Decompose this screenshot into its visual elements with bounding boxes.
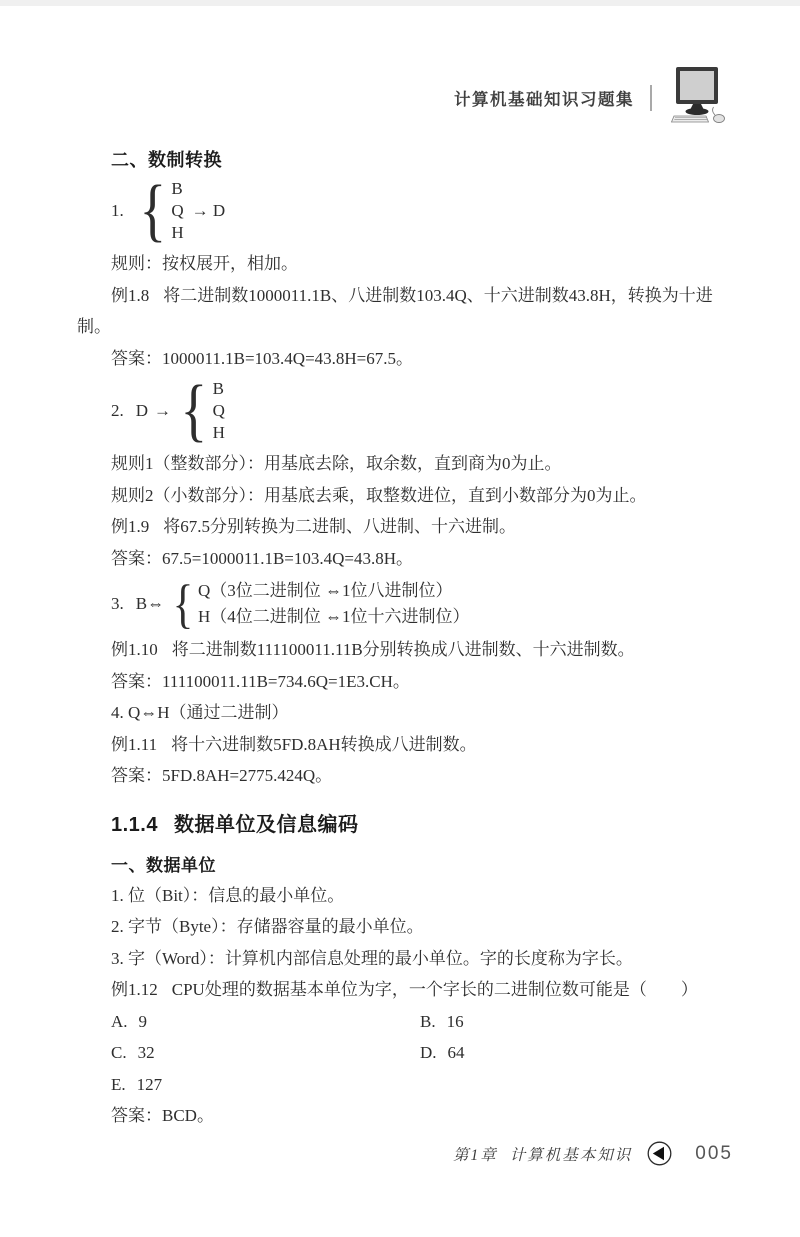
base-binary: B: [213, 378, 225, 400]
example-label: 例1.9: [111, 517, 149, 536]
definition-word: 3. 字（Word）：计算机内部信息处理的最小单位。字的长度称为字长。: [77, 943, 723, 975]
base-octal: Q: [213, 400, 225, 422]
base-binary: B: [171, 178, 183, 200]
left-brace: {: [139, 179, 166, 243]
chapter-number: 第1章: [453, 1147, 498, 1164]
page-number: 005: [695, 1143, 733, 1165]
example-1-9: 例1.9将67.5分别转换为二进制、八进制、十六进制。: [77, 511, 723, 543]
answer-1-9: 答案：67.5=1000011.1B=103.4Q=43.8H。: [77, 543, 723, 575]
option-label: D.: [420, 1043, 437, 1062]
section-heading-1-1-4: 1.1.4数据单位及信息编码: [111, 808, 723, 837]
page-top-strip: [0, 0, 800, 6]
rule2-line: 规则2（小数部分）：用基底去乘，取整数进位，直到小数部分为0为止。: [77, 480, 723, 512]
example-label: 例1.11: [111, 735, 157, 754]
definition-bit: 1. 位（Bit）：信息的最小单位。: [77, 880, 723, 912]
option-label: E.: [111, 1075, 126, 1094]
page-footer: 第1章计算机基本知识 005: [453, 1140, 733, 1167]
example-text: 将67.5分别转换为二进制、八进制、十六进制。: [163, 517, 516, 536]
option-d: D.64: [420, 1037, 723, 1069]
answer-1-11: 答案：5FD.8AH=2775.424Q。: [77, 760, 723, 792]
definition-byte: 2. 字节（Byte）：存储器容量的最小单位。: [77, 911, 723, 943]
item-4-q-h: 4. Q⇔H（通过二进制）: [77, 697, 723, 729]
hex-equivalence: H（4位二进制位 ⇔1位十六进制位）: [198, 604, 470, 630]
header-divider: [650, 85, 652, 111]
option-a: A.9: [111, 1006, 420, 1038]
computer-icon: [668, 66, 728, 129]
option-value: 32: [138, 1043, 155, 1062]
example-text: 将二进制数1000011.1B、八进制数103.4Q、十六进制数43.8H，转换…: [77, 286, 713, 337]
equivalence-lines: Q（3位二进制位 ⇔1位八进制位） H（4位二进制位 ⇔1位十六进制位）: [198, 578, 470, 630]
section-heading-number-conversion: 二、数制转换: [111, 146, 723, 172]
example-1-12: 例1.12CPU处理的数据基本单位为字，一个字长的二进制位数可能是（ ）: [77, 974, 723, 1006]
base-list: B Q H: [171, 178, 183, 244]
left-brace: {: [173, 579, 194, 629]
heading-number: 1.1.4: [111, 814, 158, 836]
page-content: 二、数制转换 1. { B Q H → D 规则：按权展开，相加。 例1.8将二…: [77, 146, 723, 1132]
target-decimal: D: [213, 201, 225, 220]
subsection-heading-data-units: 一、数据单位: [111, 851, 723, 876]
answer-1-8: 答案：1000011.1B=103.4Q=43.8H=67.5。: [77, 343, 723, 375]
option-label: C.: [111, 1043, 127, 1062]
heading-title: 数据单位及信息编码: [174, 814, 359, 836]
answer-1-12: 答案：BCD。: [77, 1100, 723, 1132]
source-binary-equiv: B⇔: [136, 594, 164, 614]
base-hex: H: [171, 222, 183, 244]
option-e: E.127: [111, 1069, 420, 1101]
formula-b-qh-equivalence: 3. B⇔ { Q（3位二进制位 ⇔1位八进制位） H（4位二进制位 ⇔1位十六…: [111, 578, 723, 630]
option-label: B.: [420, 1012, 436, 1031]
option-value: 9: [139, 1012, 148, 1031]
chapter-title: 计算机基本知识: [510, 1147, 633, 1164]
base-list: B Q H: [213, 378, 225, 444]
arrow-target: → D: [192, 201, 226, 221]
left-brace: {: [180, 379, 207, 443]
example-label: 例1.12: [111, 980, 158, 999]
example-text: 将十六进制数5FD.8AH转换成八进制数。: [171, 735, 477, 754]
example-text: CPU处理的数据基本单位为字，一个字长的二进制位数可能是（ ）: [172, 980, 698, 999]
formula-number: 1.: [111, 201, 124, 221]
arrow-icon: →: [192, 201, 209, 220]
formula-bqh-to-d: 1. { B Q H → D: [111, 178, 723, 244]
answer-1-10: 答案：111100011.11B=734.6Q=1E3.CH。: [77, 666, 723, 698]
book-title: 计算机基础知识习题集: [454, 86, 634, 110]
octal-equivalence: Q（3位二进制位 ⇔1位八进制位）: [198, 578, 470, 604]
base-octal: Q: [171, 200, 183, 222]
example-1-10: 例1.10将二进制数111100011.11B分别转换成八进制数、十六进制数。: [77, 634, 723, 666]
formula-number: 3.: [111, 594, 124, 614]
example-text: 将二进制数111100011.11B分别转换成八进制数、十六进制数。: [172, 640, 635, 659]
option-value: 127: [137, 1075, 163, 1094]
option-value: 16: [447, 1012, 464, 1031]
page-header: 计算机基础知识习题集: [454, 66, 728, 129]
rule-line: 规则：按权展开，相加。: [77, 248, 723, 280]
option-value: 64: [448, 1043, 465, 1062]
answer-options: A.9 B.16 C.32 D.64 E.127: [111, 1006, 723, 1101]
base-hex: H: [213, 422, 225, 444]
source-decimal: D: [136, 401, 148, 421]
formula-d-to-bqh: 2. D → { B Q H: [111, 378, 723, 444]
footer-chapter: 第1章计算机基本知识: [453, 1143, 632, 1165]
arrow-icon: →: [154, 401, 171, 421]
option-c: C.32: [111, 1037, 420, 1069]
prev-page-triangle-icon: [646, 1140, 673, 1167]
example-label: 例1.8: [111, 286, 149, 305]
rule1-line: 规则1（整数部分）：用基底去除，取余数，直到商为0为止。: [77, 448, 723, 480]
formula-number: 2.: [111, 401, 124, 421]
example-label: 例1.10: [111, 640, 158, 659]
example-1-8: 例1.8将二进制数1000011.1B、八进制数103.4Q、十六进制数43.8…: [77, 280, 723, 343]
option-b: B.16: [420, 1006, 723, 1038]
book-page: 计算机基础知识习题集 二、数制转换 1. { B Q: [0, 0, 800, 1237]
option-label: A.: [111, 1012, 128, 1031]
example-1-11: 例1.11将十六进制数5FD.8AH转换成八进制数。: [77, 729, 723, 761]
